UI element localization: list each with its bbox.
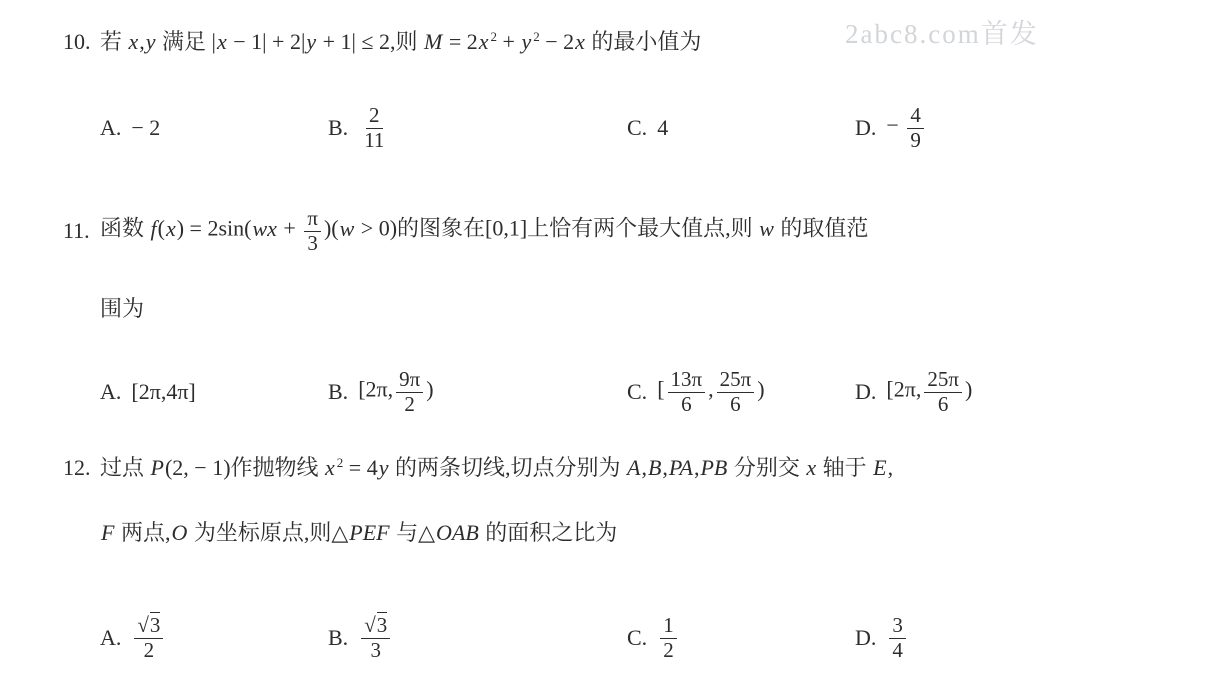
math-text: +	[497, 29, 520, 54]
math-fraction: 25π6	[924, 368, 962, 415]
fraction-numerator: 3	[889, 614, 906, 638]
math-text: − 2	[540, 29, 574, 54]
math-text: ,	[139, 29, 145, 54]
question-12-number: 12.	[63, 453, 100, 483]
math-text: ,	[888, 455, 894, 480]
fraction-denominator: 9	[907, 129, 924, 152]
fraction-denominator: 4	[889, 639, 906, 662]
math-text: 的两条切线,切点分别为	[389, 455, 626, 480]
math-text: 为坐标原点,则△	[188, 520, 348, 545]
math-variable: w	[339, 216, 356, 241]
fraction-numerator: 9π	[396, 368, 423, 392]
question-10-number: 10.	[63, 27, 100, 57]
option-value: [13π6,25π6)	[657, 368, 764, 415]
math-text: 的最小值为	[586, 29, 702, 54]
math-fraction: 34	[889, 614, 906, 661]
fraction-denominator: 2	[660, 639, 677, 662]
question-11-options: A. [2π,4π] B. [2π,9π2) C. [13π6,25π6) D.…	[0, 360, 1223, 424]
math-text: 围为	[100, 296, 144, 321]
option-value: − 49	[886, 104, 926, 151]
math-text: 的面积之比为	[480, 520, 618, 545]
fraction-denominator: 3	[367, 639, 384, 662]
math-variable: y	[305, 29, 317, 54]
math-text: (2, − 1)作抛物线	[165, 455, 324, 480]
question-10-stem: 10.若 x,y 满足 |x − 1| + 2|y + 1| ≤ 2,则 M =…	[63, 22, 701, 57]
question-11-stem-line2: 围为	[100, 294, 144, 324]
math-text: [2π,4π]	[131, 379, 195, 404]
fraction-denominator: 11	[361, 129, 387, 152]
math-fraction: π3	[304, 207, 321, 254]
math-variable: x	[574, 29, 586, 54]
option-value: √33	[358, 614, 393, 661]
radical-sign: √	[137, 613, 150, 637]
option-label: C.	[627, 115, 647, 141]
math-text: (	[158, 216, 165, 241]
math-fraction: 211	[361, 104, 387, 151]
question-12-text: 过点 P(2, − 1)作抛物线 x2 = 4y 的两条切线,切点分别为 A,B…	[100, 455, 893, 480]
option-value: 211	[358, 104, 390, 151]
fraction-denominator: 3	[304, 232, 321, 255]
math-fraction: 9π2	[396, 368, 423, 415]
option-label: B.	[328, 379, 348, 405]
math-text: + 1| ≤ 2,则	[317, 29, 423, 54]
exam-page: 2abc8.com首发 10.若 x,y 满足 |x − 1| + 2|y + …	[0, 0, 1223, 700]
question-11-option-c: C. [13π6,25π6)	[627, 360, 765, 424]
math-text: )	[965, 377, 972, 402]
math-variable: PB	[699, 455, 728, 480]
fraction-numerator: 2	[366, 104, 383, 128]
question-12-option-c: C. 12	[627, 602, 680, 674]
option-label: D.	[855, 379, 876, 405]
math-variable: x	[216, 29, 228, 54]
math-text: − 2	[131, 115, 160, 140]
question-12-option-b: B. √33	[328, 602, 393, 674]
math-variable: x	[324, 455, 336, 480]
math-variable: x	[165, 216, 177, 241]
option-label: C.	[627, 625, 647, 651]
fraction-numerator: 25π	[717, 368, 755, 392]
math-variable: E	[872, 455, 887, 480]
question-12-option-d: D. 34	[855, 602, 909, 674]
question-10-option-c: C. 4	[627, 98, 668, 158]
math-text: = 2	[443, 29, 477, 54]
question-12-text-continued: F 两点,O 为坐标原点,则△PEF 与△OAB 的面积之比为	[100, 520, 617, 545]
math-fraction: 25π6	[717, 368, 755, 415]
math-text: )(	[324, 216, 339, 241]
question-12-options: A. √32 B. √33 C. 12 D. 34	[0, 602, 1223, 674]
math-text: 函数	[100, 216, 150, 241]
question-12-stem: 12.过点 P(2, − 1)作抛物线 x2 = 4y 的两条切线,切点分别为 …	[63, 448, 893, 483]
option-label: D.	[855, 115, 876, 141]
question-11-option-b: B. [2π,9π2)	[328, 360, 434, 424]
math-text: 满足 |	[157, 29, 216, 54]
fraction-denominator: 2	[141, 639, 158, 662]
fraction-numerator: √3	[361, 614, 390, 638]
radical-sign: √	[364, 613, 377, 637]
question-10-options: A. − 2 B. 211 C. 4 D. − 49	[0, 98, 1223, 158]
math-fraction: 12	[660, 614, 677, 661]
option-value: [2π,25π6)	[886, 368, 972, 415]
option-label: A.	[100, 625, 121, 651]
option-label: B.	[328, 115, 348, 141]
radicand: 3	[377, 612, 388, 637]
math-text: [2π,	[886, 377, 921, 402]
question-12-stem-line2: F 两点,O 为坐标原点,则△PEF 与△OAB 的面积之比为	[100, 518, 617, 548]
math-variable: x	[478, 29, 490, 54]
fraction-numerator: √3	[134, 614, 163, 638]
math-fraction: √32	[134, 614, 163, 661]
math-text: [	[657, 377, 664, 402]
math-variable: PA	[668, 455, 694, 480]
option-value: [2π,4π]	[131, 379, 195, 405]
question-10-option-a: A. − 2	[100, 98, 160, 158]
fraction-denominator: 6	[678, 393, 695, 416]
math-text: +	[278, 216, 301, 241]
math-text: ,	[708, 377, 714, 402]
math-text: 轴于	[817, 455, 872, 480]
math-variable: f	[150, 216, 158, 241]
option-value: [2π,9π2)	[358, 368, 433, 415]
question-10-option-b: B. 211	[328, 98, 390, 158]
math-variable: OAB	[435, 520, 480, 545]
math-variable: B	[647, 455, 662, 480]
math-superscript: 2	[532, 29, 540, 44]
question-10-option-d: D. − 49	[855, 98, 927, 158]
math-text: 过点	[100, 455, 150, 480]
question-11-option-d: D. [2π,25π6)	[855, 360, 972, 424]
math-text: 与△	[391, 520, 435, 545]
question-11-stem: 11.函数 f(x) = 2sin(wx + π3)(w > 0)的图象在[0,…	[63, 200, 868, 262]
option-value: − 2	[131, 115, 160, 141]
question-11-option-a: A. [2π,4π]	[100, 360, 196, 424]
question-11-text-continued: 围为	[100, 296, 144, 321]
math-variable: wx	[251, 216, 277, 241]
math-variable: M	[423, 29, 443, 54]
math-fraction: √33	[361, 614, 390, 661]
math-text: ) = 2sin(	[177, 216, 252, 241]
math-variable: x	[128, 29, 140, 54]
option-label: C.	[627, 379, 647, 405]
math-text: −	[886, 113, 904, 138]
math-variable: A	[626, 455, 641, 480]
option-label: D.	[855, 625, 876, 651]
question-12-option-a: A. √32	[100, 602, 166, 674]
math-text: 两点,	[115, 520, 170, 545]
math-text: 的取值范	[775, 216, 869, 241]
math-text: 分别交	[728, 455, 805, 480]
question-10-text: 若 x,y 满足 |x − 1| + 2|y + 1| ≤ 2,则 M = 2x…	[100, 29, 701, 54]
math-text: 若	[100, 29, 128, 54]
math-text: > 0)的图象在[0,1]上恰有两个最大值点,则	[355, 216, 758, 241]
math-text: [2π,	[358, 377, 393, 402]
fraction-denominator: 6	[935, 393, 952, 416]
option-value: 12	[657, 614, 680, 661]
math-fraction: 13π6	[668, 368, 706, 415]
math-variable: PEF	[348, 520, 390, 545]
fraction-numerator: π	[304, 207, 321, 231]
option-value: √32	[131, 614, 166, 661]
math-text: 4	[657, 115, 668, 140]
option-label: A.	[100, 379, 121, 405]
math-variable: y	[520, 29, 532, 54]
option-value: 4	[657, 115, 668, 141]
fraction-numerator: 25π	[924, 368, 962, 392]
option-value: 34	[886, 614, 909, 661]
question-11-text: 函数 f(x) = 2sin(wx + π3)(w > 0)的图象在[0,1]上…	[100, 207, 868, 254]
math-variable: O	[170, 520, 188, 545]
math-variable: P	[150, 455, 165, 480]
math-text: )	[426, 377, 433, 402]
math-text: = 4	[343, 455, 377, 480]
math-variable: w	[758, 216, 775, 241]
question-11-number: 11.	[63, 218, 100, 244]
fraction-numerator: 13π	[668, 368, 706, 392]
math-text: − 1| + 2|	[228, 29, 306, 54]
math-text: )	[757, 377, 764, 402]
option-label: B.	[328, 625, 348, 651]
watermark: 2abc8.com首发	[845, 12, 1039, 51]
fraction-denominator: 2	[401, 393, 418, 416]
math-superscript: 2	[490, 29, 498, 44]
fraction-numerator: 1	[660, 614, 677, 638]
math-variable: F	[100, 520, 115, 545]
fraction-numerator: 4	[907, 104, 924, 128]
math-variable: y	[378, 455, 390, 480]
option-label: A.	[100, 115, 121, 141]
fraction-denominator: 6	[727, 393, 744, 416]
radicand: 3	[150, 612, 161, 637]
math-fraction: 49	[907, 104, 924, 151]
math-variable: y	[145, 29, 157, 54]
math-variable: x	[805, 455, 817, 480]
